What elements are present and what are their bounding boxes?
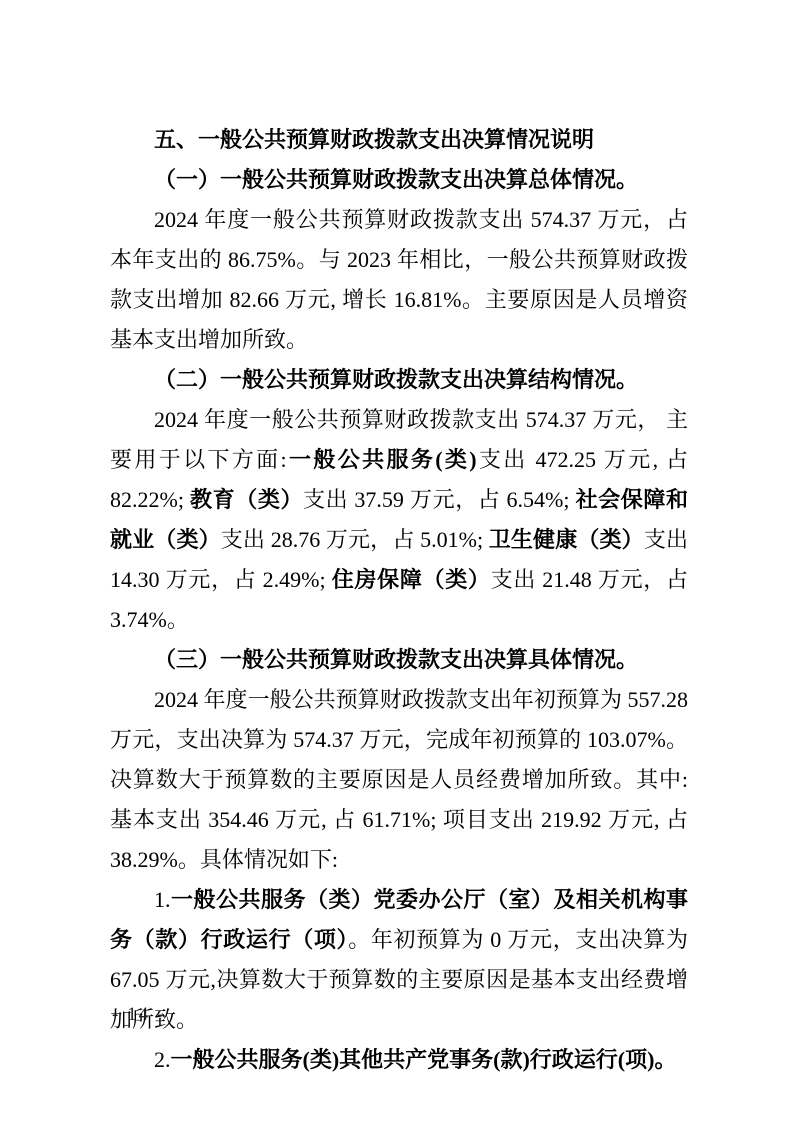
- section-5-heading: 五、一般公共预算财政拨款支出决算情况说明: [110, 120, 688, 160]
- text-segment: （二）一般公共预算财政拨款支出决算结构情况。: [154, 367, 638, 392]
- text-segment: 一般公共服务(类)其他共产党事务(款)行政运行(项)。: [171, 1047, 677, 1072]
- para-overall-situation: 2024 年度一般公共预算财政拨款支出 574.37 万元，占本年支出的 86.…: [110, 200, 688, 360]
- text-segment: 住房保障（类）: [332, 567, 491, 592]
- text-segment: 支出 37.59 万元，占 6.54%;: [303, 487, 575, 512]
- text-segment: 支出 28.76 万元，占 5.01%;: [221, 527, 489, 552]
- page-number: - 14 -: [112, 1002, 165, 1028]
- text-segment: 1.: [154, 887, 171, 912]
- text-segment: 卫生健康（类）: [489, 527, 644, 552]
- para-specific-situation: 2024 年度一般公共预算财政拨款支出年初预算为 557.28 万元，支出决算为…: [110, 680, 688, 880]
- text-segment: （一）一般公共预算财政拨款支出决算总体情况。: [154, 167, 638, 192]
- subsection-1-heading: （一）一般公共预算财政拨款支出决算总体情况。: [110, 160, 688, 200]
- para-item-2: 2.一般公共服务(类)其他共产党事务(款)行政运行(项)。: [110, 1040, 688, 1080]
- document-content: 五、一般公共预算财政拨款支出决算情况说明（一）一般公共预算财政拨款支出决算总体情…: [110, 120, 688, 1080]
- subsection-2-heading: （二）一般公共预算财政拨款支出决算结构情况。: [110, 360, 688, 400]
- subsection-3-heading: （三）一般公共预算财政拨款支出决算具体情况。: [110, 640, 688, 680]
- text-segment: 一般公共服务(类): [287, 447, 477, 472]
- text-segment: 2.: [154, 1047, 171, 1072]
- text-segment: 2024 年度一般公共预算财政拨款支出年初预算为 557.28 万元，支出决算为…: [110, 687, 688, 872]
- text-segment: 2024 年度一般公共预算财政拨款支出 574.37 万元，占本年支出的 86.…: [110, 207, 688, 352]
- para-structure-situation: 2024 年度一般公共预算财政拨款支出 574.37 万元， 主要用于以下方面:…: [110, 400, 688, 640]
- text-segment: 教育（类）: [190, 487, 303, 512]
- text-segment: 五、一般公共预算财政拨款支出决算情况说明: [154, 127, 594, 152]
- document-page: 五、一般公共预算财政拨款支出决算情况说明（一）一般公共预算财政拨款支出决算总体情…: [0, 0, 793, 1122]
- para-item-1: 1.一般公共服务（类）党委办公厅（室）及相关机构事务（款）行政运行（项）。年初预…: [110, 880, 688, 1040]
- text-segment: （三）一般公共预算财政拨款支出决算具体情况。: [154, 647, 638, 672]
